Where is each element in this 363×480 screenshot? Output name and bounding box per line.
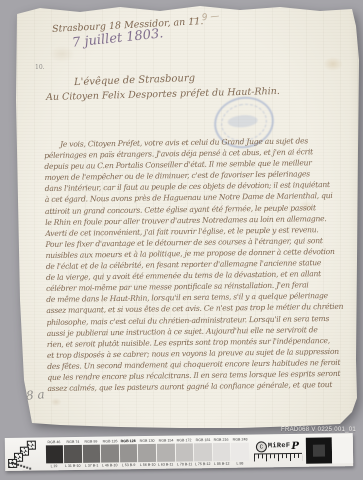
black-patch-inner-square: [312, 444, 324, 456]
patch-swatch: [157, 443, 175, 461]
patch-lab-label: L 98: [237, 461, 244, 466]
ruler-scale: [254, 452, 302, 461]
patch-swatch: [101, 444, 119, 462]
patch-swatch: [45, 445, 63, 463]
patch-lab-label: L 37 B-1: [85, 463, 99, 468]
grayscale-patch: RGB 99L 37 B-1: [82, 439, 101, 468]
mire-p-mark: P: [291, 440, 299, 451]
corner-pencil-mark: — 9 —: [190, 11, 220, 24]
grayscale-patches: RGB 46L 19RGB 74L 31 B-10RGB 99L 37 B-1R…: [45, 437, 250, 469]
grayscale-patch: RGB 74L 31 B-10: [63, 439, 82, 468]
letter-body: Je vois, Citoyen Préfet, votre avis et c…: [44, 135, 360, 394]
paper: Strasbourg 18 Messidor, an 11. — 9 — 7 j…: [0, 0, 363, 480]
grayscale-patch: RGB 126L 46 B-10: [101, 438, 120, 467]
resolution-target: [5, 437, 45, 471]
patch-lab-label: L 70 B-11: [177, 462, 192, 467]
margin-number-mark: 10.: [35, 64, 45, 71]
black-reference-patch: [305, 437, 331, 463]
patch-lab-label: L 19: [51, 464, 58, 469]
grayscale-patch: RGB 154L 63 B-11: [156, 438, 175, 467]
bottom-pencil-mark: 8 a: [25, 387, 45, 403]
reference-label: FRAD068 V 0225 001_01: [281, 427, 356, 433]
patch-lab-label: L 56 B-10: [140, 462, 156, 467]
patch-rgb-label: RGB 216: [214, 437, 229, 442]
grayscale-patch: RGB 248L 98: [231, 437, 250, 466]
patch-lab-label: L 53 B-9: [122, 462, 136, 467]
grayscale-patch: RGB 216L 85 B-12: [212, 437, 231, 466]
patch-rgb-label: RGB 248: [233, 437, 248, 442]
patch-swatch: [231, 442, 249, 460]
patch-lab-label: L 63 B-11: [158, 462, 173, 467]
copyright-icon: C: [256, 441, 267, 452]
patch-lab-label: L 85 B-12: [214, 461, 230, 466]
patch-swatch: [194, 443, 212, 461]
letter-sender-line: L'évêque de Strasbourg: [74, 73, 195, 88]
grayscale-patch: RGB 130L 56 B-10: [138, 438, 157, 467]
patch-swatch: [138, 443, 156, 461]
patch-swatch: [213, 442, 231, 460]
scanned-letter-sheet: Strasbourg 18 Messidor, an 11. — 9 — 7 j…: [0, 0, 363, 480]
patch-rgb-label: RGB 130: [140, 438, 155, 443]
patch-rgb-label: RGB 74: [66, 439, 79, 444]
patch-lab-label: L 46 B-10: [102, 463, 118, 468]
mire-logo-block: C MiReF P: [251, 440, 303, 461]
mire-logo-text: MiReF: [268, 442, 291, 450]
patch-rgb-label: RGB 181: [195, 437, 210, 442]
patch-lab-label: L 31 B-10: [65, 463, 81, 468]
patch-rgb-label: RGB 172: [177, 438, 192, 443]
grayscale-patch: RGB 172L 70 B-11: [175, 437, 194, 466]
grayscale-patch: RGB 128L 53 B-9: [119, 438, 138, 467]
patch-swatch: [120, 444, 138, 462]
patch-rgb-label: RGB 46: [48, 439, 61, 444]
patch-rgb-label: RGB 126: [102, 439, 117, 444]
white-reference-patch: [331, 437, 353, 463]
patch-rgb-label: RGB 99: [85, 439, 98, 444]
patch-rgb-label: RGB 154: [158, 438, 173, 443]
patch-rgb-label: RGB 128: [121, 438, 136, 443]
grayscale-patch: RGB 46L 19: [45, 439, 64, 468]
calibration-bar: RGB 46L 19RGB 74L 31 B-10RGB 99L 37 B-1R…: [5, 433, 353, 471]
resolution-dots: [11, 462, 13, 464]
patch-lab-label: L 75 B-12: [195, 461, 211, 466]
grayscale-patch: RGB 181L 75 B-12: [194, 437, 213, 466]
patch-swatch: [176, 443, 194, 461]
patch-swatch: [83, 444, 101, 462]
patch-swatch: [64, 444, 82, 462]
